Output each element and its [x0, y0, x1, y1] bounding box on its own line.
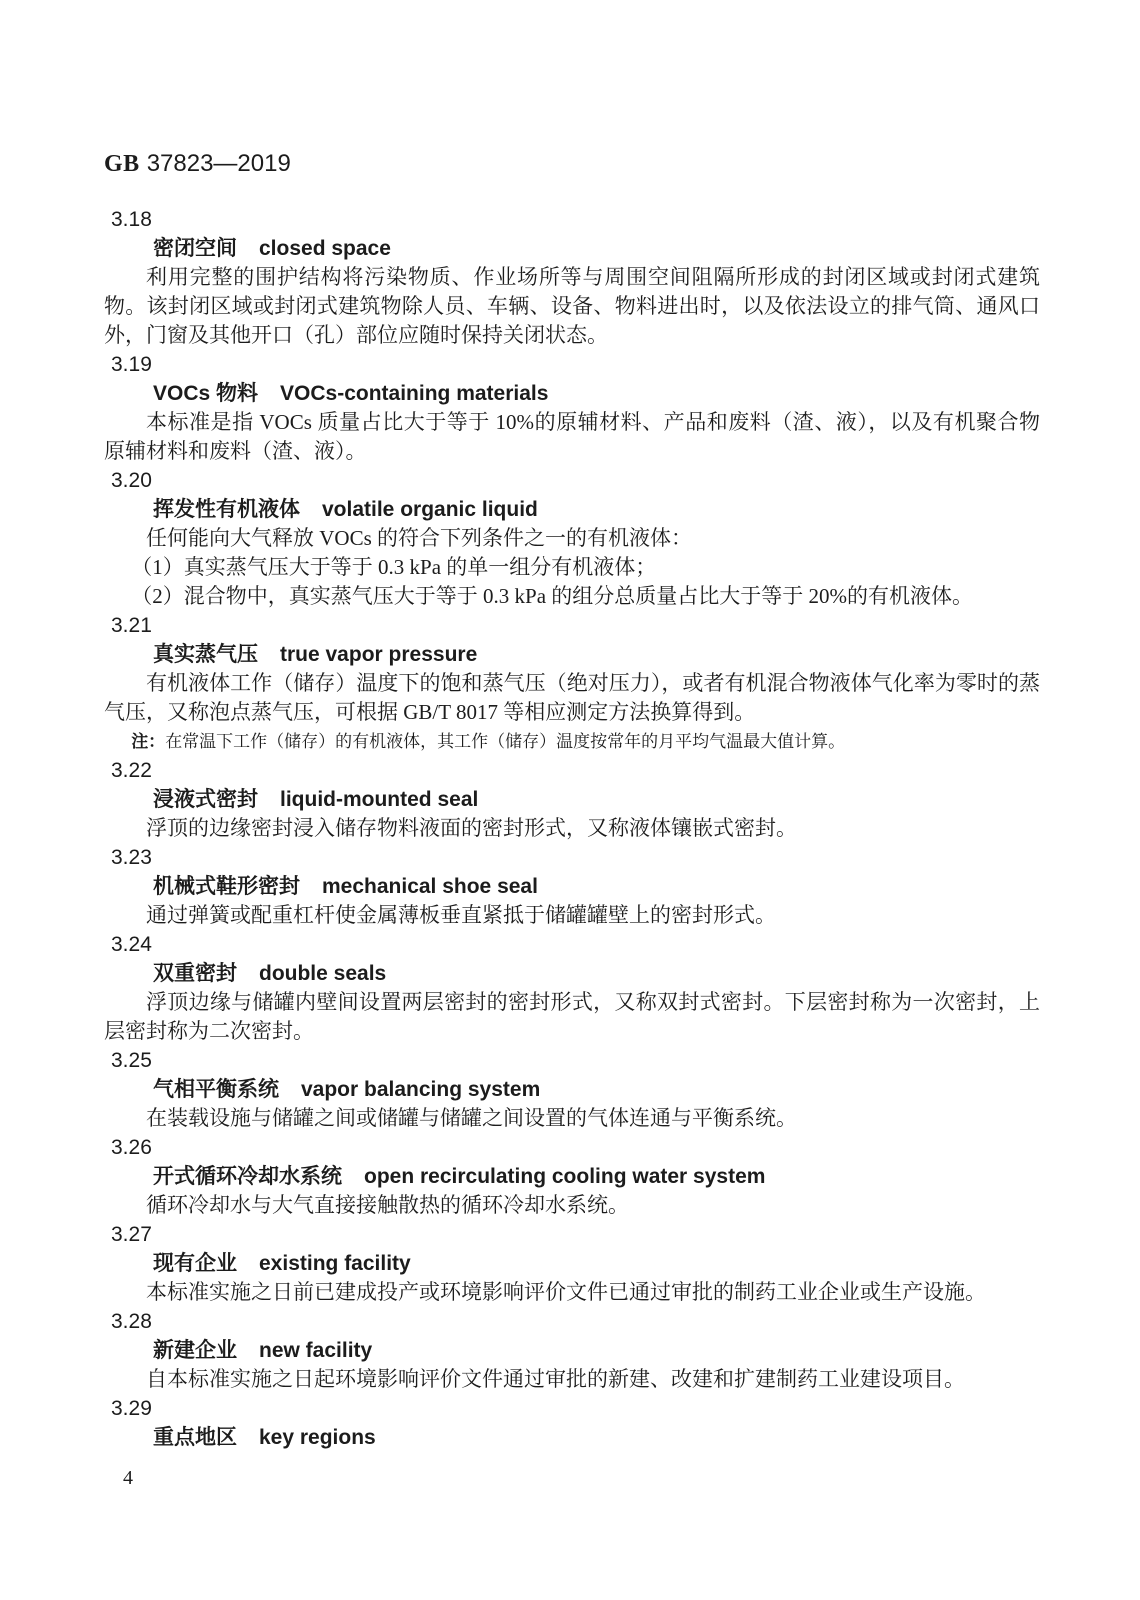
section-3-27: 3.27 现有企业existing facility 本标准实施之日前已建成投产… — [104, 1220, 1040, 1307]
term-english: key regions — [259, 1426, 376, 1449]
term-chinese: 双重密封 — [153, 962, 237, 985]
list-item: （1）真实蒸气压大于等于 0.3 kPa 的单一组分有机液体； — [104, 553, 1040, 582]
term-english: volatile organic liquid — [322, 498, 538, 521]
paragraph: 浮顶边缘与储罐内壁间设置两层密封的密封形式，又称双封式密封。下层密封称为一次密封… — [104, 988, 1040, 1046]
section-3-19: 3.19 VOCs 物料VOCs-containing materials 本标… — [104, 350, 1040, 466]
section-number: 3.29 — [111, 1394, 1040, 1423]
section-number: 3.26 — [111, 1133, 1040, 1162]
term-heading: 挥发性有机液体volatile organic liquid — [153, 495, 1040, 524]
paragraph: 本标准实施之日前已建成投产或环境影响评价文件已通过审批的制药工业企业或生产设施。 — [104, 1278, 1040, 1307]
section-3-23: 3.23 机械式鞋形密封mechanical shoe seal 通过弹簧或配重… — [104, 843, 1040, 930]
page-number: 4 — [123, 1466, 1040, 1490]
section-number: 3.27 — [111, 1220, 1040, 1249]
term-chinese: 机械式鞋形密封 — [153, 875, 300, 898]
term-heading: 气相平衡系统vapor balancing system — [153, 1075, 1040, 1104]
document-page: GB37823—2019 3.18 密闭空间closed space 利用完整的… — [0, 0, 1140, 1600]
term-heading: 新建企业new facility — [153, 1336, 1040, 1365]
term-chinese: 开式循环冷却水系统 — [153, 1165, 342, 1188]
note-text: 在常温下工作（储存）的有机液体，其工作（储存）温度按常年的月平均气温最大值计算。 — [165, 732, 845, 751]
term-heading: 重点地区key regions — [153, 1423, 1040, 1452]
section-3-24: 3.24 双重密封double seals 浮顶边缘与储罐内壁间设置两层密封的密… — [104, 930, 1040, 1046]
term-english: liquid-mounted seal — [280, 788, 478, 811]
section-number: 3.24 — [111, 930, 1040, 959]
term-chinese: VOCs 物料 — [153, 382, 258, 405]
term-heading: 浸液式密封liquid-mounted seal — [153, 785, 1040, 814]
term-chinese: 现有企业 — [153, 1252, 237, 1275]
note-label: 注： — [131, 732, 165, 751]
term-english: double seals — [259, 962, 386, 985]
term-chinese: 新建企业 — [153, 1339, 237, 1362]
term-heading: 开式循环冷却水系统open recirculating cooling wate… — [153, 1162, 1040, 1191]
term-english: vapor balancing system — [301, 1078, 540, 1101]
term-english: true vapor pressure — [280, 643, 477, 666]
term-chinese: 真实蒸气压 — [153, 643, 258, 666]
section-3-21: 3.21 真实蒸气压true vapor pressure 有机液体工作（储存）… — [104, 611, 1040, 756]
term-english: VOCs-containing materials — [280, 382, 548, 405]
section-number: 3.19 — [111, 350, 1040, 379]
term-heading: 双重密封double seals — [153, 959, 1040, 988]
section-3-18: 3.18 密闭空间closed space 利用完整的围护结构将污染物质、作业场… — [104, 205, 1040, 350]
standard-code-prefix: GB — [104, 151, 140, 177]
section-number: 3.28 — [111, 1307, 1040, 1336]
section-number: 3.23 — [111, 843, 1040, 872]
section-3-29: 3.29 重点地区key regions — [104, 1394, 1040, 1452]
term-chinese: 密闭空间 — [153, 237, 237, 260]
term-english: closed space — [259, 237, 391, 260]
section-3-25: 3.25 气相平衡系统vapor balancing system 在装载设施与… — [104, 1046, 1040, 1133]
term-chinese: 浸液式密封 — [153, 788, 258, 811]
term-heading: 真实蒸气压true vapor pressure — [153, 640, 1040, 669]
section-number: 3.22 — [111, 756, 1040, 785]
section-number: 3.21 — [111, 611, 1040, 640]
paragraph: 利用完整的围护结构将污染物质、作业场所等与周围空间阻隔所形成的封闭区域或封闭式建… — [104, 263, 1040, 350]
section-number: 3.25 — [111, 1046, 1040, 1075]
paragraph: 自本标准实施之日起环境影响评价文件通过审批的新建、改建和扩建制药工业建设项目。 — [104, 1365, 1040, 1394]
term-english: mechanical shoe seal — [322, 875, 538, 898]
note-paragraph: 注：在常温下工作（储存）的有机液体，其工作（储存）温度按常年的月平均气温最大值计… — [104, 727, 1040, 756]
term-english: open recirculating cooling water system — [364, 1165, 765, 1188]
term-chinese: 重点地区 — [153, 1426, 237, 1449]
paragraph: 有机液体工作（储存）温度下的饱和蒸气压（绝对压力），或者有机混合物液体气化率为零… — [104, 669, 1040, 727]
section-3-22: 3.22 浸液式密封liquid-mounted seal 浮顶的边缘密封浸入储… — [104, 756, 1040, 843]
paragraph: 在装载设施与储罐之间或储罐与储罐之间设置的气体连通与平衡系统。 — [104, 1104, 1040, 1133]
document-header: GB37823—2019 — [104, 150, 1040, 178]
term-heading: VOCs 物料VOCs-containing materials — [153, 379, 1040, 408]
list-item: （2）混合物中，真实蒸气压大于等于 0.3 kPa 的组分总质量占比大于等于 2… — [104, 582, 1040, 611]
section-3-28: 3.28 新建企业new facility 自本标准实施之日起环境影响评价文件通… — [104, 1307, 1040, 1394]
paragraph: 循环冷却水与大气直接接触散热的循环冷却水系统。 — [104, 1191, 1040, 1220]
section-3-20: 3.20 挥发性有机液体volatile organic liquid 任何能向… — [104, 466, 1040, 611]
section-number: 3.20 — [111, 466, 1040, 495]
paragraph: 浮顶的边缘密封浸入储存物料液面的密封形式，又称液体镶嵌式密封。 — [104, 814, 1040, 843]
paragraph: 本标准是指 VOCs 质量占比大于等于 10%的原辅材料、产品和废料（渣、液），… — [104, 408, 1040, 466]
paragraph: 任何能向大气释放 VOCs 的符合下列条件之一的有机液体： — [104, 524, 1040, 553]
term-chinese: 气相平衡系统 — [153, 1078, 279, 1101]
term-chinese: 挥发性有机液体 — [153, 498, 300, 521]
term-heading: 现有企业existing facility — [153, 1249, 1040, 1278]
term-english: new facility — [259, 1339, 372, 1362]
section-3-26: 3.26 开式循环冷却水系统open recirculating cooling… — [104, 1133, 1040, 1220]
term-heading: 机械式鞋形密封mechanical shoe seal — [153, 872, 1040, 901]
paragraph: 通过弹簧或配重杠杆使金属薄板垂直紧抵于储罐罐壁上的密封形式。 — [104, 901, 1040, 930]
term-heading: 密闭空间closed space — [153, 234, 1040, 263]
section-number: 3.18 — [111, 205, 1040, 234]
term-english: existing facility — [259, 1252, 411, 1275]
standard-code-number: 37823—2019 — [147, 150, 291, 177]
